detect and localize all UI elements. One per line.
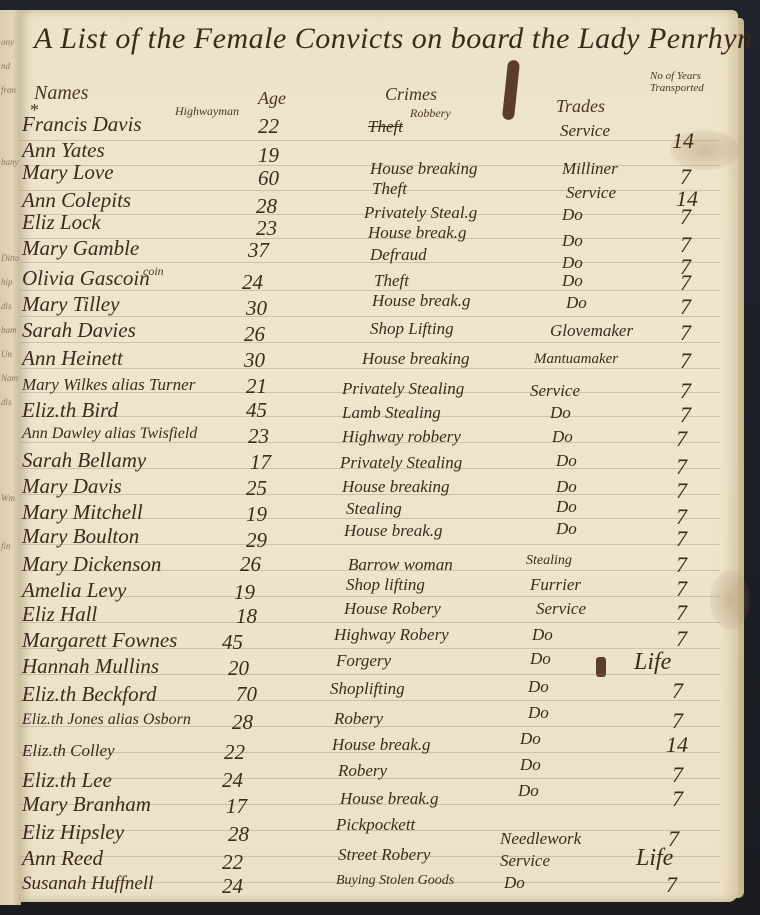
convict-age: 26 [240, 554, 261, 575]
convict-crime: House break.g [368, 224, 467, 241]
convict-term: 7 [672, 680, 683, 702]
convict-term: 7 [676, 554, 687, 576]
convict-name: Mary Gamble [22, 238, 139, 259]
convict-trade: Furrier [530, 576, 581, 593]
convict-crime: Defraud [370, 246, 427, 263]
convict-trade: Do [556, 520, 577, 537]
margin-note: fin [1, 534, 21, 558]
convict-name: Mary Wilkes alias Turner [22, 376, 195, 393]
convict-term: 7 [676, 578, 687, 600]
convict-name: Sarah Davies [22, 320, 136, 341]
convict-crime: House break.g [344, 522, 443, 539]
header-crimes: Crimes [385, 84, 437, 105]
convict-age: 28 [256, 196, 277, 217]
margin-note: dis [1, 294, 21, 318]
convict-name: Ann Yates [22, 140, 105, 161]
convict-trade: Service [500, 852, 550, 869]
convict-term: 7 [676, 506, 687, 528]
convict-trade: Do [556, 498, 577, 515]
ruled-line [20, 368, 720, 369]
convict-term: Life [636, 846, 673, 870]
convict-age: 26 [244, 324, 265, 345]
convict-name: Margarett Fownes [22, 630, 177, 651]
convict-age: 22 [222, 852, 243, 873]
convict-crime: House Robery [344, 600, 441, 617]
convict-age: 17 [226, 796, 247, 817]
convict-trade: Do [518, 782, 539, 799]
convict-term: 7 [676, 602, 687, 624]
convict-crime: Theft [374, 272, 409, 289]
convict-term: 7 [680, 234, 691, 256]
convict-name: Eliz Hall [22, 604, 97, 625]
convict-crime: Shop Lifting [370, 320, 454, 337]
convict-age: 45 [222, 632, 243, 653]
convict-trade: Do [550, 404, 571, 421]
convict-crime: Theft [368, 118, 403, 135]
convict-crime: House breaking [342, 478, 450, 495]
convict-name: Mary Boulton [22, 526, 139, 547]
convict-age: 23 [256, 218, 277, 239]
convict-name: Ann Colepits [22, 190, 131, 211]
convict-age: 30 [246, 298, 267, 319]
convict-trade: Mantuamaker [534, 352, 618, 367]
convict-age: 28 [232, 712, 253, 733]
convict-age: 23 [248, 426, 269, 447]
convict-age: 19 [246, 504, 267, 525]
convict-term: Life [634, 650, 671, 674]
convict-age: 60 [258, 168, 279, 189]
annotation-robbery: Robbery [410, 106, 451, 121]
convict-age: 20 [228, 658, 249, 679]
convict-trade: Service [560, 122, 610, 139]
convict-trade: Do [566, 294, 587, 311]
convict-crime: Shoplifting [330, 680, 405, 697]
convict-name: Mary Davis [22, 476, 122, 497]
convict-age: 29 [246, 530, 267, 551]
ruled-line [20, 342, 720, 343]
convict-trade: Do [528, 678, 549, 695]
header-age: Age [258, 88, 286, 109]
convict-term: 7 [680, 166, 691, 188]
convict-age: 18 [236, 606, 257, 627]
convict-term: 7 [680, 404, 691, 426]
convict-age: 21 [246, 376, 267, 397]
convict-trade: Do [504, 874, 525, 891]
convict-name: Eliz Lock [22, 212, 101, 233]
document-title: A List of the Female Convicts on board t… [34, 22, 754, 56]
convict-term: 14 [672, 130, 694, 152]
convict-name: Mary Mitchell [22, 502, 143, 523]
margin-note: dis [1, 390, 21, 414]
convict-trade: Do [562, 206, 583, 223]
convict-name: Olivia Gascoin [22, 268, 150, 289]
convict-trade: Do [532, 626, 553, 643]
convict-term: 7 [672, 710, 683, 732]
convict-age: 37 [248, 240, 269, 261]
convict-trade: Do [556, 452, 577, 469]
convict-name: Eliz.th Lee [22, 770, 112, 791]
convict-crime: House breaking [362, 350, 470, 367]
convict-trade: Glovemaker [550, 322, 633, 339]
convict-trade: Do [520, 756, 541, 773]
convict-crime: House break.g [340, 790, 439, 807]
convict-age: 28 [228, 824, 249, 845]
convict-name: Eliz Hipsley [22, 822, 124, 843]
convict-term: 7 [676, 456, 687, 478]
convict-trade: Stealing [526, 554, 572, 568]
convict-name: Francis Davis [22, 114, 142, 135]
convict-trade: Do [552, 428, 573, 445]
convict-name: Mary Branham [22, 794, 151, 815]
convict-name: Hannah Mullins [22, 656, 159, 677]
margin-note: fran [1, 78, 21, 102]
convict-age: 25 [246, 478, 267, 499]
convict-crime: Shop lifting [346, 576, 425, 593]
convict-crime: Pickpockett [336, 816, 415, 833]
convict-term: 7 [672, 764, 683, 786]
header-trades: Trades [556, 96, 605, 117]
convict-name: Eliz.th Beckford [22, 684, 157, 705]
annotation-highwayman: Highwayman [175, 104, 239, 119]
margin-note: Nam [1, 366, 21, 390]
convict-name: Ann Reed [22, 848, 103, 869]
convict-name: Mary Dickenson [22, 554, 161, 575]
convict-crime: Robery [338, 762, 387, 779]
convict-name: Mary Love [22, 162, 114, 183]
margin-note: bany [1, 150, 21, 174]
convict-name: Ann Dawley alias Twisfield [22, 426, 197, 442]
convict-trade: Needlework [500, 830, 581, 847]
convict-term: 7 [676, 628, 687, 650]
convict-term: 7 [680, 296, 691, 318]
convict-crime: House breaking [370, 160, 478, 177]
ruled-line [20, 622, 720, 623]
convict-name: Eliz.th Bird [22, 400, 118, 421]
convict-term: 7 [680, 206, 691, 228]
convict-age: 19 [258, 145, 279, 166]
convict-crime: Stealing [346, 500, 402, 517]
header-names: Names [34, 82, 88, 105]
convict-crime: Highway Robery [334, 626, 449, 643]
convict-trade: Service [536, 600, 586, 617]
convict-age: 22 [258, 116, 279, 137]
convict-crime: House break.g [372, 292, 471, 309]
convict-term: 7 [676, 428, 687, 450]
water-stain [710, 570, 750, 630]
facing-page-edge: ony nd fran bany Ditto hip dis bam Un Na… [0, 10, 21, 905]
convict-name: Amelia Levy [22, 580, 126, 601]
convict-term: 7 [676, 528, 687, 550]
convict-age: 45 [246, 400, 267, 421]
margin-note: bam [1, 318, 21, 342]
convict-trade: Do [528, 704, 549, 721]
convict-age: 24 [222, 770, 243, 791]
convict-crime: Barrow woman [348, 556, 453, 573]
convict-term: 7 [672, 788, 683, 810]
convict-term: 7 [680, 322, 691, 344]
convict-crime: Lamb Stealing [342, 404, 441, 421]
convict-crime: Forgery [336, 652, 391, 669]
convict-term: 7 [676, 480, 687, 502]
convict-name: Sarah Bellamy [22, 450, 146, 471]
convict-name: Susanah Huffnell [22, 874, 153, 893]
convict-term: 7 [680, 380, 691, 402]
convict-trade: Service [566, 184, 616, 201]
convict-age: 30 [244, 350, 265, 371]
convict-crime: Robery [334, 710, 383, 727]
convict-crime: Privately Stealing [342, 380, 464, 397]
convict-age: 22 [224, 742, 245, 763]
convict-trade: Service [530, 382, 580, 399]
convict-trade: Milliner [562, 160, 618, 177]
convict-name: Ann Heinett [22, 348, 123, 369]
convict-crime: House break.g [332, 736, 431, 753]
ruled-line [20, 140, 720, 141]
convict-name: Eliz.th Jones alias Osborn [22, 712, 191, 728]
convict-trade: Do [562, 232, 583, 249]
convict-crime: Theft [372, 180, 407, 197]
convict-term: 7 [680, 350, 691, 372]
margin-note: nd [1, 54, 21, 78]
convict-term: 14 [666, 734, 688, 756]
convict-age: 19 [234, 582, 255, 603]
convict-trade: Do [530, 650, 551, 667]
ruled-line [20, 290, 720, 291]
margin-note: Ditto [1, 246, 21, 270]
convict-crime: Street Robery [338, 846, 430, 863]
convict-age: 17 [250, 452, 271, 473]
ruled-line [20, 316, 720, 317]
header-years-transported: No of Years Transported [650, 70, 710, 94]
convict-trade: Do [562, 254, 583, 271]
convict-trade: Do [520, 730, 541, 747]
convict-trade: Do [562, 272, 583, 289]
convict-age: 24 [242, 272, 263, 293]
convict-term: 7 [666, 874, 677, 896]
convict-age: 70 [236, 684, 257, 705]
convict-age: 24 [222, 876, 243, 897]
margin-note: Un [1, 342, 21, 366]
convict-term: 7 [680, 272, 691, 294]
margin-note: Wm [1, 486, 21, 510]
convict-crime: Privately Steal.g [364, 204, 477, 221]
convict-name: Eliz.th Colley [22, 742, 115, 759]
convict-name: Mary Tilley [22, 294, 119, 315]
convict-crime: Buying Stolen Goods [336, 874, 454, 888]
margin-note: ony [1, 30, 21, 54]
margin-note: hip [1, 270, 21, 294]
convict-trade: Do [556, 478, 577, 495]
convict-crime: Privately Stealing [340, 454, 462, 471]
convict-crime: Highway robbery [342, 428, 461, 445]
